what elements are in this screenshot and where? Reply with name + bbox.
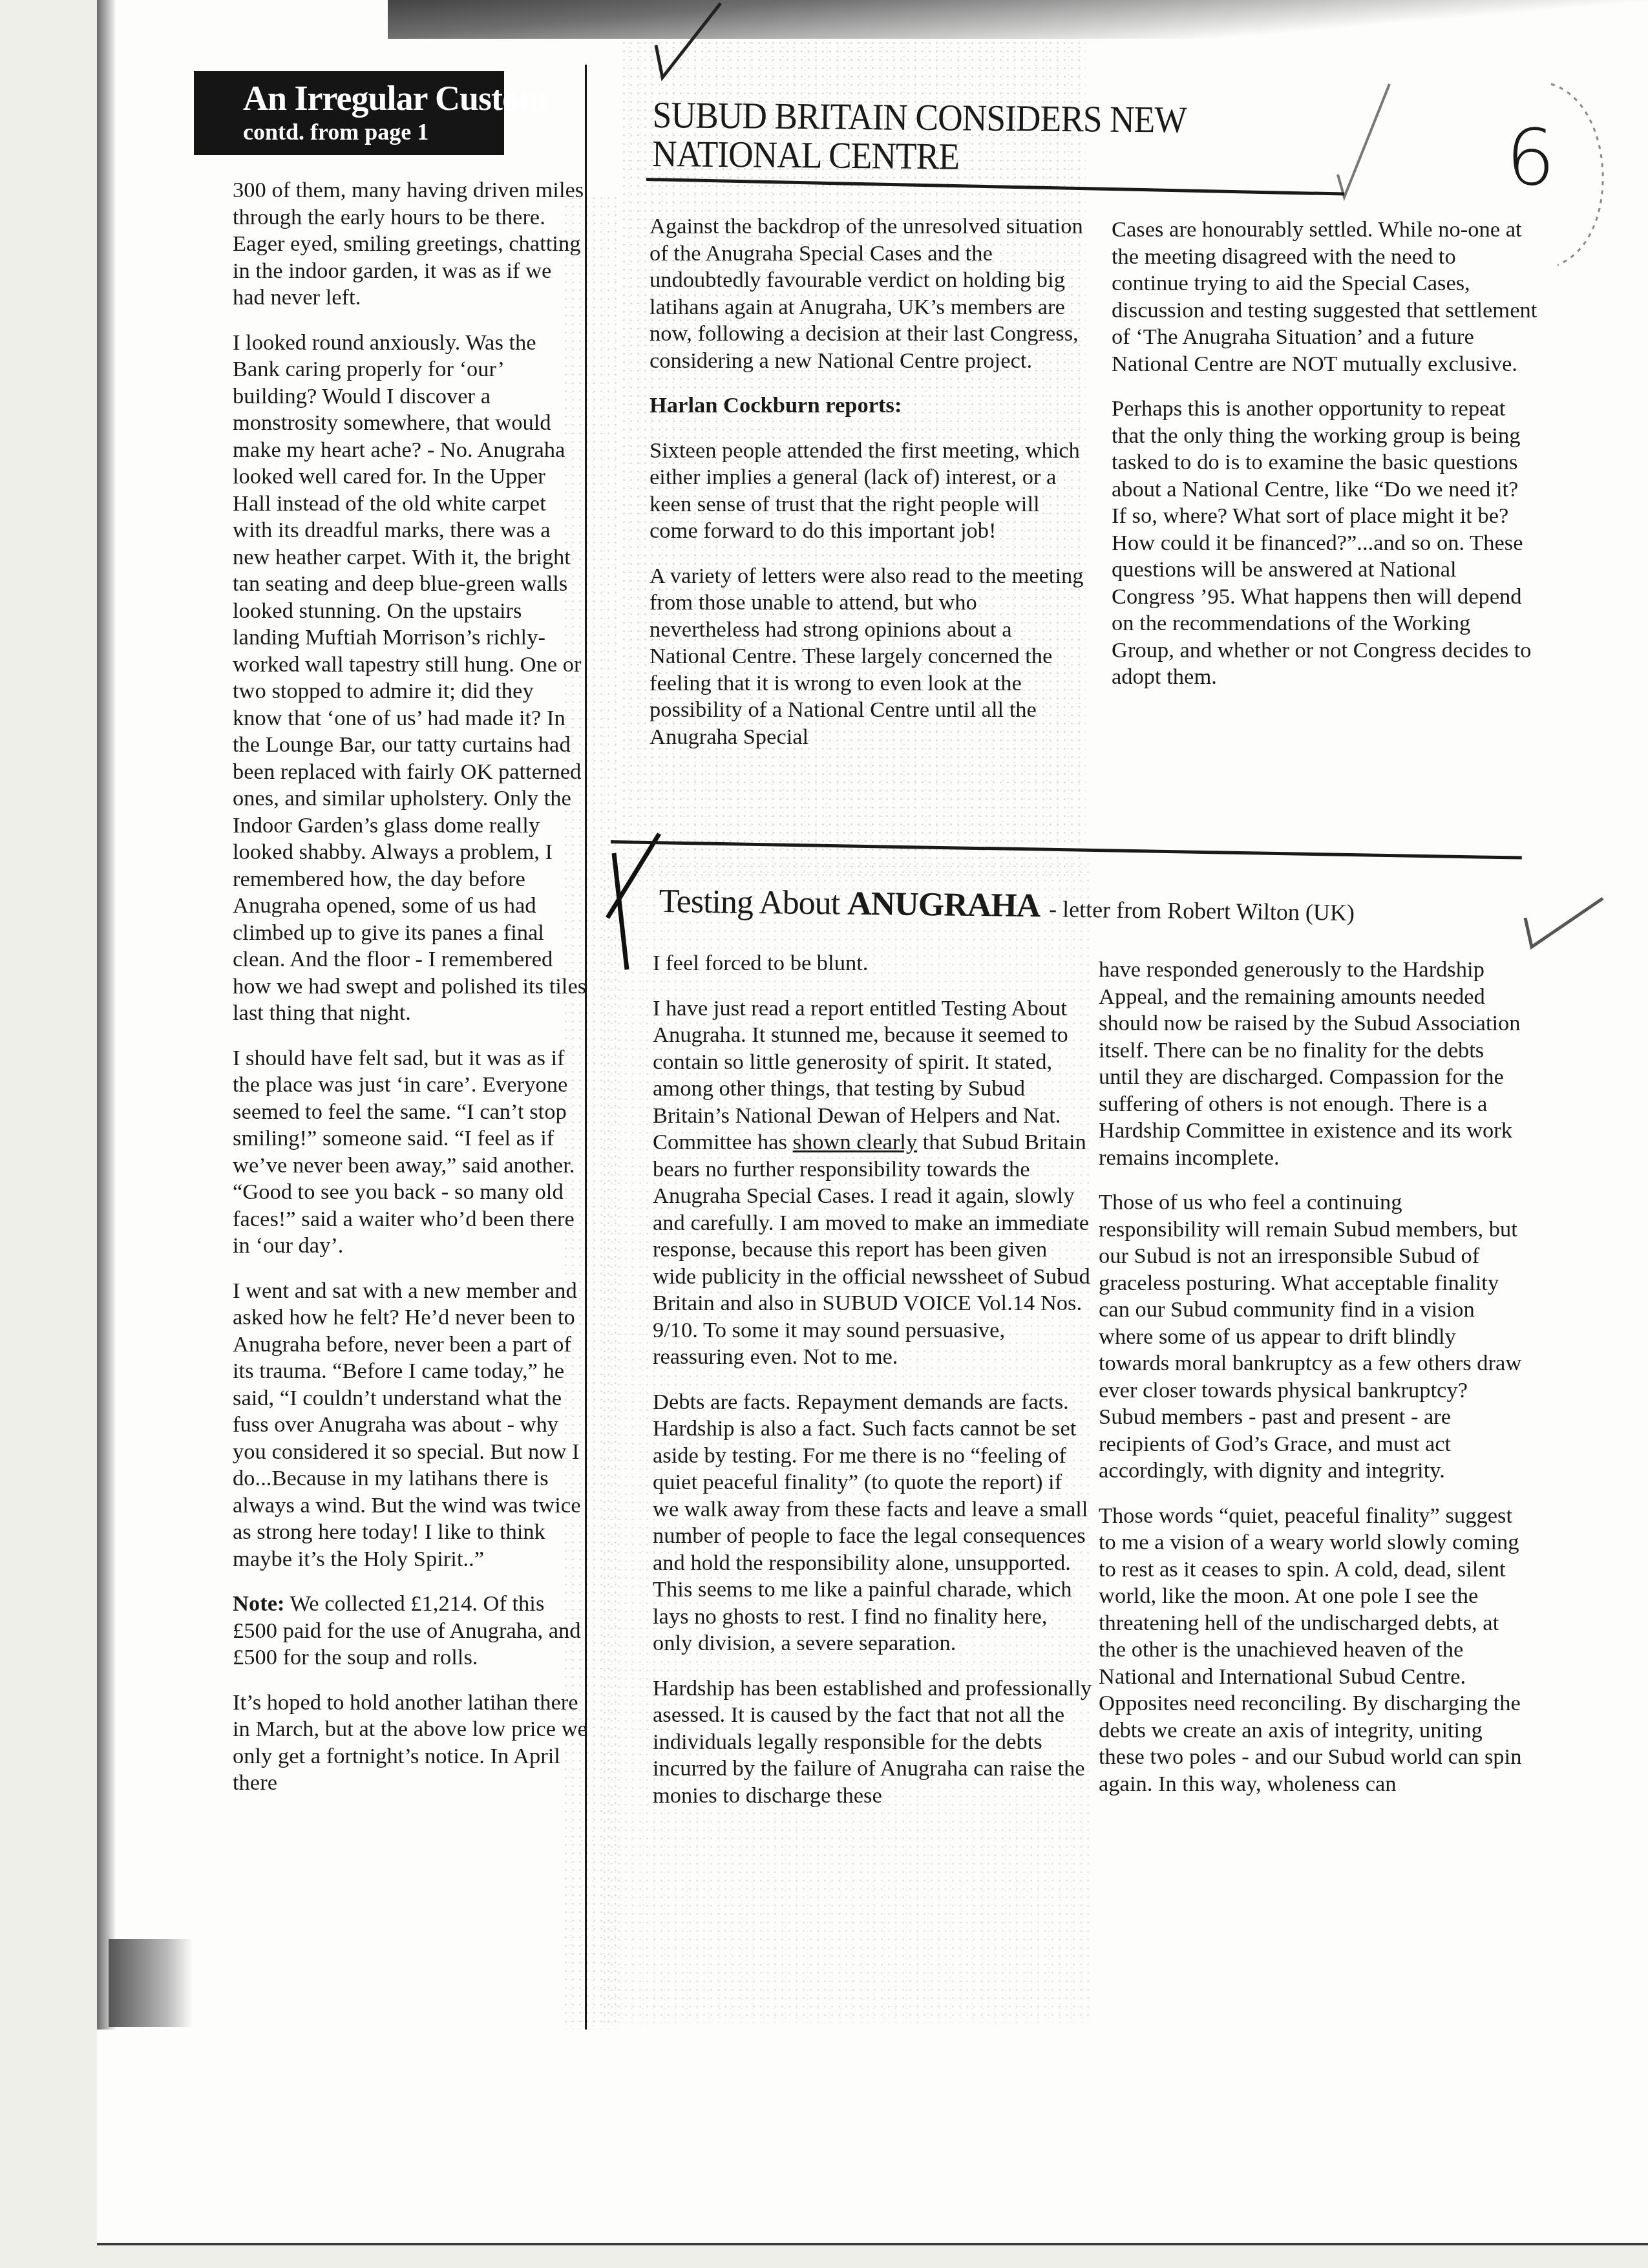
scan-gutter-shadow <box>109 1939 193 2027</box>
article-title-badge: An Irregular Custom contd. from page 1 <box>194 71 504 155</box>
scan-top-edge-shadow <box>388 0 1648 39</box>
paragraph: Perhaps this is another opportunity to r… <box>1112 396 1538 691</box>
intro-paragraph: Against the backdrop of the unresolved s… <box>650 213 1089 374</box>
paragraph: I went and sat with a new member and ask… <box>233 1278 588 1573</box>
scan-left-edge-shadow <box>97 0 116 2243</box>
paragraph: have responded generously to the Hardshi… <box>1099 957 1525 1171</box>
letter-column-2: have responded generously to the Hardshi… <box>1099 957 1525 1816</box>
note-paragraph: Note: We collected £1,214. Of this £500 … <box>233 1591 588 1671</box>
note-label: Note: <box>233 1591 284 1616</box>
national-centre-column-2: Cases are honourably settled. While no-o… <box>1112 217 1538 709</box>
page-bottom-margin <box>97 2030 1648 2243</box>
national-centre-column-1: Against the backdrop of the unresolved s… <box>650 213 1089 768</box>
paragraph: Sixteen people attended the first meetin… <box>650 438 1089 545</box>
headline-national-centre: SUBUD BRITAIN CONSIDERS NEW NATIONAL CEN… <box>652 96 1307 180</box>
article-title: An Irregular Custom <box>243 79 492 118</box>
paragraph: I should have felt sad, but it was as if… <box>233 1045 588 1260</box>
underlined-phrase: shown clearly <box>793 1130 918 1154</box>
article-body: 300 of them, many having driven miles th… <box>194 177 601 1797</box>
paragraph: A variety of letters were also read to t… <box>650 563 1089 751</box>
letter-column-1: I feel forced to be blunt. I have just r… <box>653 950 1092 1827</box>
paragraph: Debts are facts. Repayment demands are f… <box>653 1389 1092 1657</box>
note-text: We collected £1,214. Of this £500 paid f… <box>233 1591 580 1669</box>
paragraph: I have just read a report entitled Testi… <box>653 995 1092 1371</box>
paragraph: Those of us who feel a continuing respon… <box>1099 1189 1525 1485</box>
paragraph: I feel forced to be blunt. <box>653 950 1092 977</box>
checkmark-icon <box>643 0 734 84</box>
paragraph: Cases are honourably settled. While no-o… <box>1112 217 1538 377</box>
headline-main: Testing About ANUGRAHA <box>659 883 1040 924</box>
paragraph: Those words “quiet, peaceful finality” s… <box>1099 1503 1525 1798</box>
byline: Harlan Cockburn reports: <box>650 392 1089 419</box>
article-continuation-label: contd. from page 1 <box>243 118 492 146</box>
article-irregular-custom: An Irregular Custom contd. from page 1 3… <box>194 71 601 1815</box>
paragraph: It’s hoped to hold another latihan there… <box>233 1690 588 1797</box>
headline-attribution: - letter from Robert Wilton (UK) <box>1049 896 1355 926</box>
checkmark-icon <box>1331 78 1396 207</box>
paragraph: Hardship has been established and profes… <box>653 1675 1092 1810</box>
paragraph: 300 of them, many having driven miles th… <box>233 177 588 312</box>
paragraph: I looked round anxiously. Was the Bank c… <box>233 330 588 1027</box>
